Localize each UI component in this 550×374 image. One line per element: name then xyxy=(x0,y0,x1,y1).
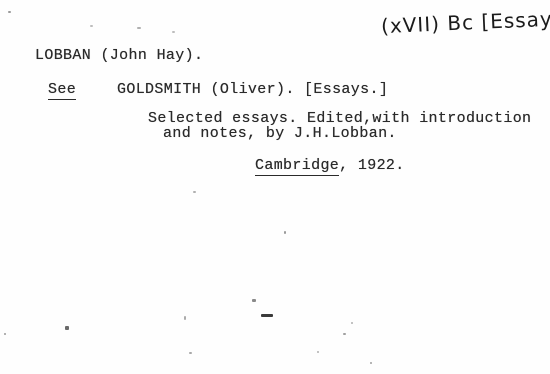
scan-speck xyxy=(184,316,186,320)
see-underlined-text: See xyxy=(48,81,76,100)
scan-speck xyxy=(8,11,11,13)
scan-speck xyxy=(4,333,6,335)
scan-speck xyxy=(65,326,69,330)
title-statement-line-2: and notes, by J.H.Lobban. xyxy=(163,125,397,143)
scan-mark-dash xyxy=(261,314,273,317)
scan-speck xyxy=(284,231,286,234)
imprint-date: , 1922. xyxy=(339,157,404,174)
scan-speck xyxy=(343,333,346,335)
scan-speck xyxy=(252,299,256,302)
see-reference-label: See xyxy=(48,81,76,99)
scan-speck xyxy=(351,322,353,324)
see-reference-target: GOLDSMITH (Oliver). [Essays.] xyxy=(117,81,388,99)
imprint-line: Cambridge, 1922. xyxy=(255,157,405,175)
scan-speck xyxy=(189,352,192,354)
handwritten-classmark: (xVII) Bc [Essays] xyxy=(381,6,550,38)
scan-speck xyxy=(90,25,93,27)
scan-speck xyxy=(172,31,175,33)
heading-author: LOBBAN (John Hay). xyxy=(35,47,203,65)
scan-speck xyxy=(193,191,196,193)
scan-speck xyxy=(370,362,372,364)
scan-speck xyxy=(317,351,319,353)
catalog-card: (xVII) Bc [Essays] LOBBAN (John Hay). Se… xyxy=(0,0,550,374)
imprint-place: Cambridge xyxy=(255,157,339,176)
scan-speck xyxy=(137,27,141,29)
